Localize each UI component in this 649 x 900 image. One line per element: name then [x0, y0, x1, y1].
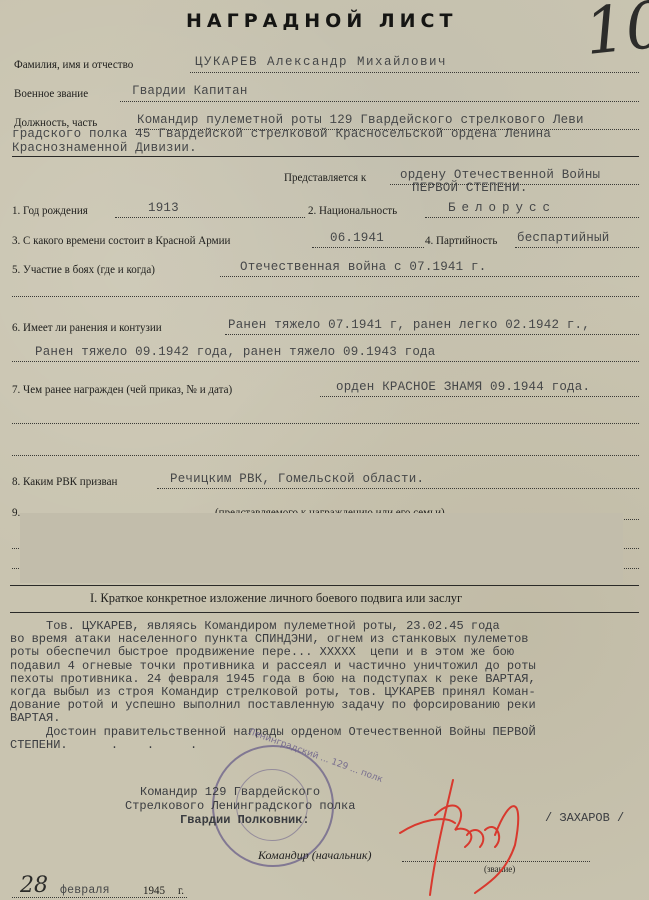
battles-label: 5. Участие в боях (где и когда) — [12, 262, 155, 277]
signer-line1: Командир 129 Гвардейского — [140, 786, 320, 799]
page-title: НАГРАДНОЙ ЛИСТ — [186, 10, 457, 32]
birth-year-value: 1913 — [148, 201, 179, 215]
position-value-line3: Краснознаменной Дивизии. — [12, 141, 197, 155]
section1-title: I. Краткое конкретное изложение личного … — [90, 591, 462, 606]
rvk-value: Речицким РВК, Гомельской области. — [170, 472, 424, 486]
citation-line: подавил 4 огневые точки противника и рас… — [10, 660, 536, 673]
date-suffix: г. — [178, 883, 184, 898]
nominated-for-value-line1: ордену Отечественной Войны — [400, 168, 600, 182]
previous-awards-line — [320, 396, 639, 397]
rank-value: Гвардии Капитан — [132, 84, 248, 98]
rvk-label: 8. Каким РВК призван — [12, 474, 117, 489]
citation-line: дование ротой и успешно выполнил поставл… — [10, 699, 536, 712]
wounds-value-line1: Ранен тяжело 07.1941 г, ранен легко 02.1… — [228, 318, 590, 332]
wounds-value-line2: Ранен тяжело 09.1942 года, ранен тяжело … — [35, 345, 435, 359]
citation-text: Тов. ЦУКАРЕВ, являясь Командиром пулемет… — [10, 620, 536, 752]
signer-line2: Стрелкового Ленинградского полка — [125, 800, 355, 813]
citation-line: ВАРТАЯ. — [10, 712, 536, 725]
nationality-value: Белорусс — [448, 201, 556, 215]
date-month: февраля — [60, 884, 110, 897]
citation-line: роты обеспечил быстрое продвижение пере.… — [10, 646, 536, 659]
party-line — [515, 247, 639, 248]
army-since-value: 06.1941 — [330, 231, 384, 245]
party-value: беспартийный — [517, 231, 609, 245]
wounds-line-2 — [12, 361, 639, 362]
army-since-line — [312, 247, 424, 248]
previous-awards-line-2 — [12, 423, 639, 424]
nationality-label: 2. Национальность — [308, 203, 397, 218]
signer-line3: Гвардии Полковник: — [180, 814, 310, 827]
full-name-label: Фамилия, имя и отчество — [14, 57, 133, 72]
commander-label: Командир (начальник) — [258, 848, 372, 863]
date-day: 28 — [20, 873, 48, 898]
party-label: 4. Партийность — [425, 233, 497, 248]
date-year: 1945 — [143, 883, 165, 898]
battles-line — [220, 276, 639, 277]
position-value-line2: градского полка 45 Гвардейской стрелково… — [12, 127, 551, 141]
birth-year-label: 1. Год рождения — [12, 203, 88, 218]
nominated-for-value-line2: ПЕРВОЙ СТЕПЕНИ. — [412, 181, 528, 195]
rvk-line — [157, 488, 639, 489]
previous-awards-value: орден КРАСНОЕ ЗНАМЯ 09.1944 года. — [336, 380, 590, 394]
wounds-label: 6. Имеет ли ранения и контузии — [12, 320, 162, 335]
previous-awards-label: 7. Чем ранее награжден (чей приказ, № и … — [12, 382, 232, 397]
previous-awards-line-3 — [12, 455, 639, 456]
full-name-value: ЦУКАРЕВ Александр Михайлович — [195, 55, 447, 69]
signer-name: / ЗАХАРОВ / — [545, 812, 624, 825]
full-name-line — [190, 72, 639, 73]
nationality-line — [425, 217, 639, 218]
battles-value: Отечественная война с 07.1941 г. — [240, 260, 486, 274]
rank-label: Военное звание — [14, 86, 88, 101]
nominated-for-label: Представляется к — [284, 170, 366, 185]
wounds-line — [225, 334, 639, 335]
rank-line — [120, 101, 639, 102]
signature-icon — [395, 775, 545, 900]
section-bottom-rule — [10, 612, 639, 613]
sheet-number-handwritten: 10 — [581, 0, 649, 70]
position-rule — [12, 156, 639, 157]
position-value-line1: Командир пулеметной роты 129 Гвардейског… — [137, 113, 584, 127]
redacted-address-block — [20, 513, 623, 583]
section-top-rule — [10, 585, 639, 586]
birth-year-line — [115, 217, 305, 218]
battles-line-2 — [12, 296, 639, 297]
army-since-label: 3. С какого времени состоит в Красной Ар… — [12, 233, 230, 248]
